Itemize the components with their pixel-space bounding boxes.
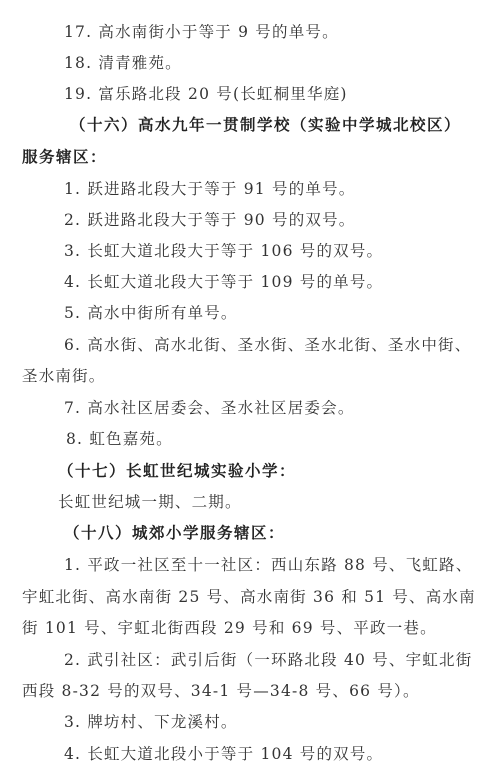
list-item-18-2-cont: 西段 8-32 号的双号、34-1 号—34-8 号、66 号）。 xyxy=(22,681,420,701)
section-heading-18: （十八）城郊小学服务辖区： xyxy=(64,523,285,543)
list-item-6: 6. 高水街、高水北街、圣水街、圣水北街、圣水中街、 xyxy=(64,335,471,355)
list-item-8: 8. 虹色嘉苑。 xyxy=(66,429,173,449)
section-heading-17: （十七）长虹世纪城实验小学： xyxy=(58,461,296,481)
document-page: 17. 高水南街小于等于 9 号的单号。 18. 清青雅苑。 19. 富乐路北段… xyxy=(0,0,499,780)
section-heading-16-cont: 服务辖区： xyxy=(22,147,107,167)
list-item-4: 4. 长虹大道北段大于等于 109 号的单号。 xyxy=(64,272,383,292)
plain-text-17: 长虹世纪城一期、二期。 xyxy=(58,492,242,512)
list-item-3: 3. 长虹大道北段大于等于 106 号的双号。 xyxy=(64,241,383,261)
list-item-18-2: 2. 武引社区：武引后街（一环路北段 40 号、宇虹北街 xyxy=(64,650,472,670)
list-item-1: 1. 跃进路北段大于等于 91 号的单号。 xyxy=(64,179,356,199)
list-item-18-1-cont-a: 宇虹北街、高水南街 25 号、高水南街 36 和 51 号、高水南 xyxy=(22,587,476,607)
section-heading-16: （十六）高水九年一贯制学校（实验中学城北校区） xyxy=(70,115,461,135)
list-item-7: 7. 高水社区居委会、圣水社区居委会。 xyxy=(64,398,355,418)
list-item-18-1: 1. 平政一社区至十一社区：西山东路 88 号、飞虹路、 xyxy=(64,555,472,575)
list-item-18: 18. 清青雅苑。 xyxy=(64,53,182,73)
list-item-19: 19. 富乐路北段 20 号(长虹桐里华庭) xyxy=(64,84,348,104)
list-item-17: 17. 高水南街小于等于 9 号的单号。 xyxy=(64,22,339,42)
list-item-18-3: 3. 牌坊村、下龙溪村。 xyxy=(64,712,238,732)
list-item-18-4: 4. 长虹大道北段小于等于 104 号的双号。 xyxy=(64,744,383,764)
list-item-5: 5. 高水中街所有单号。 xyxy=(64,303,238,323)
list-item-18-1-cont-b: 街 101 号、宇虹北街西段 29 号和 69 号、平政一巷。 xyxy=(22,618,437,638)
list-item-2: 2. 跃进路北段大于等于 90 号的双号。 xyxy=(64,210,356,230)
list-item-6-cont: 圣水南街。 xyxy=(22,366,106,386)
